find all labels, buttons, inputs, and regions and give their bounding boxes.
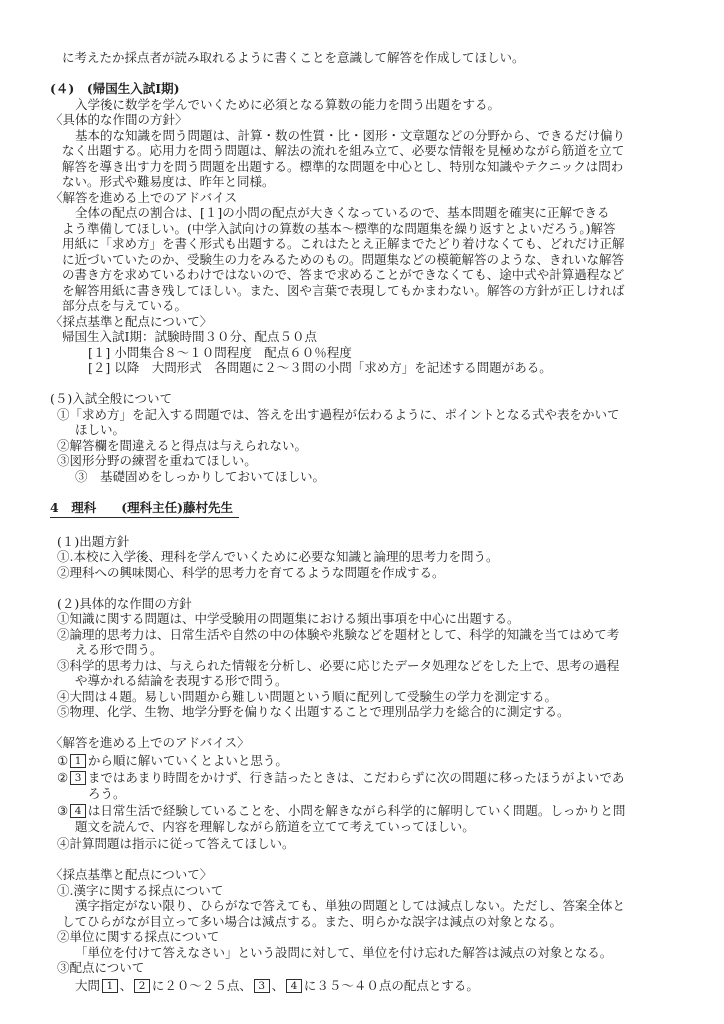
text-run: ①.漢字に関する採点について (57, 883, 223, 898)
text-run: 「単位を付けて答えなさい」という設問に対して、単位を付け忘れた解答は減点の対象と… (75, 945, 612, 960)
text-line: 入学後に数学を学んでいくために必須となる算数の能力を問う出題をする。 (75, 97, 724, 113)
problem-number-box: 1 (70, 754, 86, 768)
section-heading: 4 理科 (理科主任)藤村先生 (50, 500, 724, 519)
text-run: 〈解答を進める上でのアドバイス (50, 190, 237, 205)
text-run: 4 理科 (理科主任)藤村先生 (50, 500, 233, 515)
text-line: ①.漢字に関する採点について (57, 883, 724, 899)
text-line: ③ 基礎固めをしっかりしておいてほしい。 (75, 469, 724, 485)
text-line: 全体の配点の割合は、[１]の小問の配点が大きくなっているので、基本問題を確実に正… (75, 205, 724, 221)
text-run: まではあまり時間をかけず、行き詰ったときは、こだわらずに次の問題に移ったほうがよ… (88, 770, 625, 785)
text-line: (１)出題方針 (57, 534, 724, 550)
text-run: ほしい。 (75, 422, 125, 437)
text-line: を解答用紙に書き残してほしい。また、図や言葉で表現してもかまわない。解答の方針が… (62, 283, 724, 299)
text-run: ①知識に関する問題は、中学受験用の問題集における頻出事項を中心に出題する。 (57, 611, 520, 626)
text-run: に考えたか採点者が読み取れるように書くことを意識して解答を作成してほしい。 (62, 50, 525, 65)
text-line: 漢字指定がない限り、ひらがなで答えても、単独の問題としては減点しない。ただし、答… (75, 898, 724, 914)
text-run: に２０〜２５点、 (152, 978, 252, 993)
text-run: ② (57, 770, 68, 785)
text-line: ①1から順に解いていくとよいと思う。 (57, 753, 724, 769)
text-run: ①.本校に入学後、理科を学んでいくために必要な知識と論理的思考力を問う。 (57, 549, 498, 564)
text-run: 題文を読んで、内容を理解しながら筋道を立てて考えていってほしい。 (75, 819, 475, 834)
text-line: なく出題する。応用力を問う問題は、解法の流れを組み立て、必要な情報を見極めながら… (62, 143, 724, 159)
text-run: (２)具体的な作間の方針 (57, 596, 192, 611)
text-line: ②理科への興味関心、科学的思考力を育てるような問題を作成する。 (57, 565, 724, 581)
text-run: よう準備してほしい。(中学入試向けの算数の基本〜標準的な問題集を繰り返すとよいだ… (62, 221, 616, 236)
text-run: に近づいていたのか、受験生の力をみるためのもの。問題集などの模範解答のような、き… (62, 252, 624, 267)
text-line: や導かれる結論を表現する形で問う。 (75, 673, 724, 689)
text-run: える形で問う。 (75, 642, 163, 657)
text-run: 帰国生入試Ⅰ期：試験時間３０分、配点５０点 (62, 329, 317, 344)
text-line: 基本的な知識を問う問題は、計算・数の性質・比・図形・文章題などの分野から、できる… (75, 128, 724, 144)
text-line: に考えたか採点者が読み取れるように書くことを意識して解答を作成してほしい。 (62, 50, 724, 66)
text-run: 基本的な知識を問う問題は、計算・数の性質・比・図形・文章題などの分野から、できる… (75, 128, 625, 143)
text-line: ③図形分野の練習を重ねてほしい。 (57, 453, 724, 469)
text-run: ③ 基礎固めをしっかりしておいてほしい。 (75, 469, 325, 484)
text-line: ②3まではあまり時間をかけず、行き詰ったときは、こだわらずに次の問題に移ったほう… (57, 770, 724, 786)
text-run: ①「求め方」を記入する問題では、答えを出す過程が伝わるように、ポイントとなる式や… (57, 407, 620, 422)
problem-number-box: 2 (134, 979, 150, 993)
text-line: ①.本校に入学後、理科を学んでいくために必要な知識と論理的思考力を問う。 (57, 549, 724, 565)
text-run: を解答用紙に書き残してほしい。また、図や言葉で表現してもかまわない。解答の方針が… (62, 283, 625, 298)
text-line: ②論理的思考力は、日常生活や自然の中の体験や兆験などを題材として、科学的知識を当… (57, 627, 724, 643)
text-line: ②単位に関する採点について (57, 929, 724, 945)
text-line: (５)入試全般について (50, 391, 724, 407)
text-run: なく出題する。応用力を問う問題は、解法の流れを組み立て、必要な情報を見極めながら… (62, 143, 624, 158)
text-line: してひらがなが目立って多い場合は減点する。また、明らかな誤字は減点の対象となる。 (62, 914, 724, 930)
text-line: [１] 小問集合８〜１０問程度 配点６０％程度 (88, 345, 724, 361)
text-run: 全体の配点の割合は、[１]の小問の配点が大きくなっているので、基本問題を確実に正… (75, 205, 610, 220)
text-run: してひらがなが目立って多い場合は減点する。また、明らかな誤字は減点の対象となる。 (62, 914, 562, 929)
text-line: える形で問う。 (75, 642, 724, 658)
text-line: ③4は日常生活で経験していることを、小問を解きながら科学的に解明していく問題。し… (57, 803, 724, 819)
text-run: 、 (120, 978, 133, 993)
text-run: (１)出題方針 (57, 534, 129, 549)
subsection-heading: (４) (帰国生入試Ⅰ期) (50, 81, 724, 97)
text-run: ③図形分野の練習を重ねてほしい。 (57, 453, 257, 468)
text-run: ②解答欄を間違えると得点は与えられない。 (57, 438, 307, 453)
text-line: 〈採点基準と配点について〉 (50, 867, 724, 883)
text-run: 大問 (75, 978, 100, 993)
text-run: ②理科への興味関心、科学的思考力を育てるような問題を作成する。 (57, 565, 445, 580)
text-line: ④計算問題は指示に従って答えてほしい。 (57, 836, 724, 852)
problem-number-box: 3 (254, 979, 270, 993)
text-run: ②単位に関する採点について (57, 929, 219, 944)
text-run: ③科学的思考力は、与えられた情報を分析し、必要に応じたデータ処理などをした上で、… (57, 658, 619, 673)
text-line: ろう。 (88, 786, 724, 802)
text-line: 題文を読んで、内容を理解しながら筋道を立てて考えていってほしい。 (75, 819, 724, 835)
text-run: は日常生活で経験していることを、小問を解きながら科学的に解明していく問題。しっか… (88, 803, 626, 818)
text-line: 〈解答を進める上でのアドバイス (50, 190, 724, 206)
text-run: から順に解いていくとよいと思う。 (88, 753, 288, 768)
text-run: 部分点を与えている。 (62, 298, 187, 313)
text-run: (５)入試全般について (50, 391, 172, 406)
text-run: ① (57, 753, 68, 768)
text-run: (４) (帰国生入試Ⅰ期) (50, 81, 180, 96)
text-line: 部分点を与えている。 (62, 298, 724, 314)
text-line: 〈解答を進める上でのアドバイス〉 (50, 735, 724, 751)
text-run: 、 (272, 978, 285, 993)
text-line: ②解答欄を間違えると得点は与えられない。 (57, 438, 724, 454)
text-run: ②論理的思考力は、日常生活や自然の中の体験や兆験などを題材として、科学的知識を当… (57, 627, 619, 642)
problem-number-box: 3 (70, 771, 86, 785)
text-line: 〈具体的な作間の方針〉 (50, 112, 724, 128)
text-run: 入学後に数学を学んでいくために必須となる算数の能力を問う出題をする。 (75, 97, 500, 112)
text-run: ない。形式や難易度は、昨年と同様。 (62, 174, 275, 189)
text-line: ①知識に関する問題は、中学受験用の問題集における頻出事項を中心に出題する。 (57, 611, 724, 627)
text-run: や導かれる結論を表現する形で問う。 (75, 673, 288, 688)
text-line: よう準備してほしい。(中学入試向けの算数の基本〜標準的な問題集を繰り返すとよいだ… (62, 221, 724, 237)
problem-number-box: 1 (102, 979, 118, 993)
text-run: に３５〜４０点の配点とする。 (304, 978, 479, 993)
text-run: ③ (57, 803, 68, 818)
text-run: の書き方を求めているわけではないので、答まで求めることができなくても、途中式や計… (62, 267, 624, 282)
text-run: 漢字指定がない限り、ひらがなで答えても、単独の問題としては減点しない。ただし、答… (75, 898, 625, 913)
text-run: 解答を導き出す力を問う問題を出題する。標準的な問題を中心とし、特別な知識やテクニ… (62, 159, 623, 174)
text-line: 帰国生入試Ⅰ期：試験時間３０分、配点５０点 (62, 329, 724, 345)
text-run: 用紙に「求め方」を書く形式も出題する。これはたとえ正解までたどり着けなくても、ど… (62, 236, 625, 251)
text-line: ほしい。 (75, 422, 724, 438)
document-text-container: に考えたか採点者が読み取れるように書くことを意識して解答を作成してほしい。(４)… (0, 50, 724, 993)
document-page: に考えたか採点者が読み取れるように書くことを意識して解答を作成してほしい。(４)… (0, 0, 724, 1024)
text-run: ④大問は４題。易しい問題から難しい問題という順に配列して受験生の学力を測定する。 (57, 689, 557, 704)
text-line: 解答を導き出す力を問う問題を出題する。標準的な問題を中心とし、特別な知識やテクニ… (62, 159, 724, 175)
text-run: ろう。 (88, 786, 126, 801)
text-line: の書き方を求めているわけではないので、答まで求めることができなくても、途中式や計… (62, 267, 724, 283)
text-line: ③科学的思考力は、与えられた情報を分析し、必要に応じたデータ処理などをした上で、… (57, 658, 724, 674)
text-run: ③配点について (57, 960, 144, 975)
text-run: 〈具体的な作間の方針〉 (50, 112, 188, 127)
problem-number-box: 4 (70, 804, 86, 818)
text-line: ①「求め方」を記入する問題では、答えを出す過程が伝わるように、ポイントとなる式や… (57, 407, 724, 423)
problem-number-box: 4 (286, 979, 302, 993)
text-line: ④大問は４題。易しい問題から難しい問題という順に配列して受験生の学力を測定する。 (57, 689, 724, 705)
text-run: 〈採点基準と配点について〉 (50, 867, 212, 882)
text-run: ④計算問題は指示に従って答えてほしい。 (57, 836, 295, 851)
text-line: ⑤物理、化学、生物、地学分野を偏りなく出題することで理別品学力を総合的に測定する… (57, 704, 724, 720)
text-line: ③配点について (57, 960, 724, 976)
text-line: [２] 以降 大問形式 各問題に２〜３問の小問「求め方」を記述する問題がある。 (88, 360, 724, 376)
text-run: ⑤物理、化学、生物、地学分野を偏りなく出題することで理別品学力を総合的に測定する… (57, 704, 570, 719)
text-line: 「単位を付けて答えなさい」という設問に対して、単位を付け忘れた解答は減点の対象と… (75, 945, 724, 961)
text-run: [２] 以降 大問形式 各問題に２〜３問の小問「求め方」を記述する問題がある。 (88, 360, 552, 375)
text-run: 〈解答を進める上でのアドバイス〉 (50, 735, 250, 750)
text-run: 〈採点基準と配点について〉 (50, 314, 212, 329)
text-line: ない。形式や難易度は、昨年と同様。 (62, 174, 724, 190)
text-line: (２)具体的な作間の方針 (57, 596, 724, 612)
text-line: に近づいていたのか、受験生の力をみるためのもの。問題集などの模範解答のような、き… (62, 252, 724, 268)
text-line: 用紙に「求め方」を書く形式も出題する。これはたとえ正解までたどり着けなくても、ど… (62, 236, 724, 252)
text-run: [１] 小問集合８〜１０問程度 配点６０％程度 (88, 345, 352, 360)
text-line: 大問1、2に２０〜２５点、3、4に３５〜４０点の配点とする。 (75, 978, 724, 994)
text-line: 〈採点基準と配点について〉 (50, 314, 724, 330)
underlined-heading-text: 4 理科 (理科主任)藤村先生 (50, 500, 239, 519)
